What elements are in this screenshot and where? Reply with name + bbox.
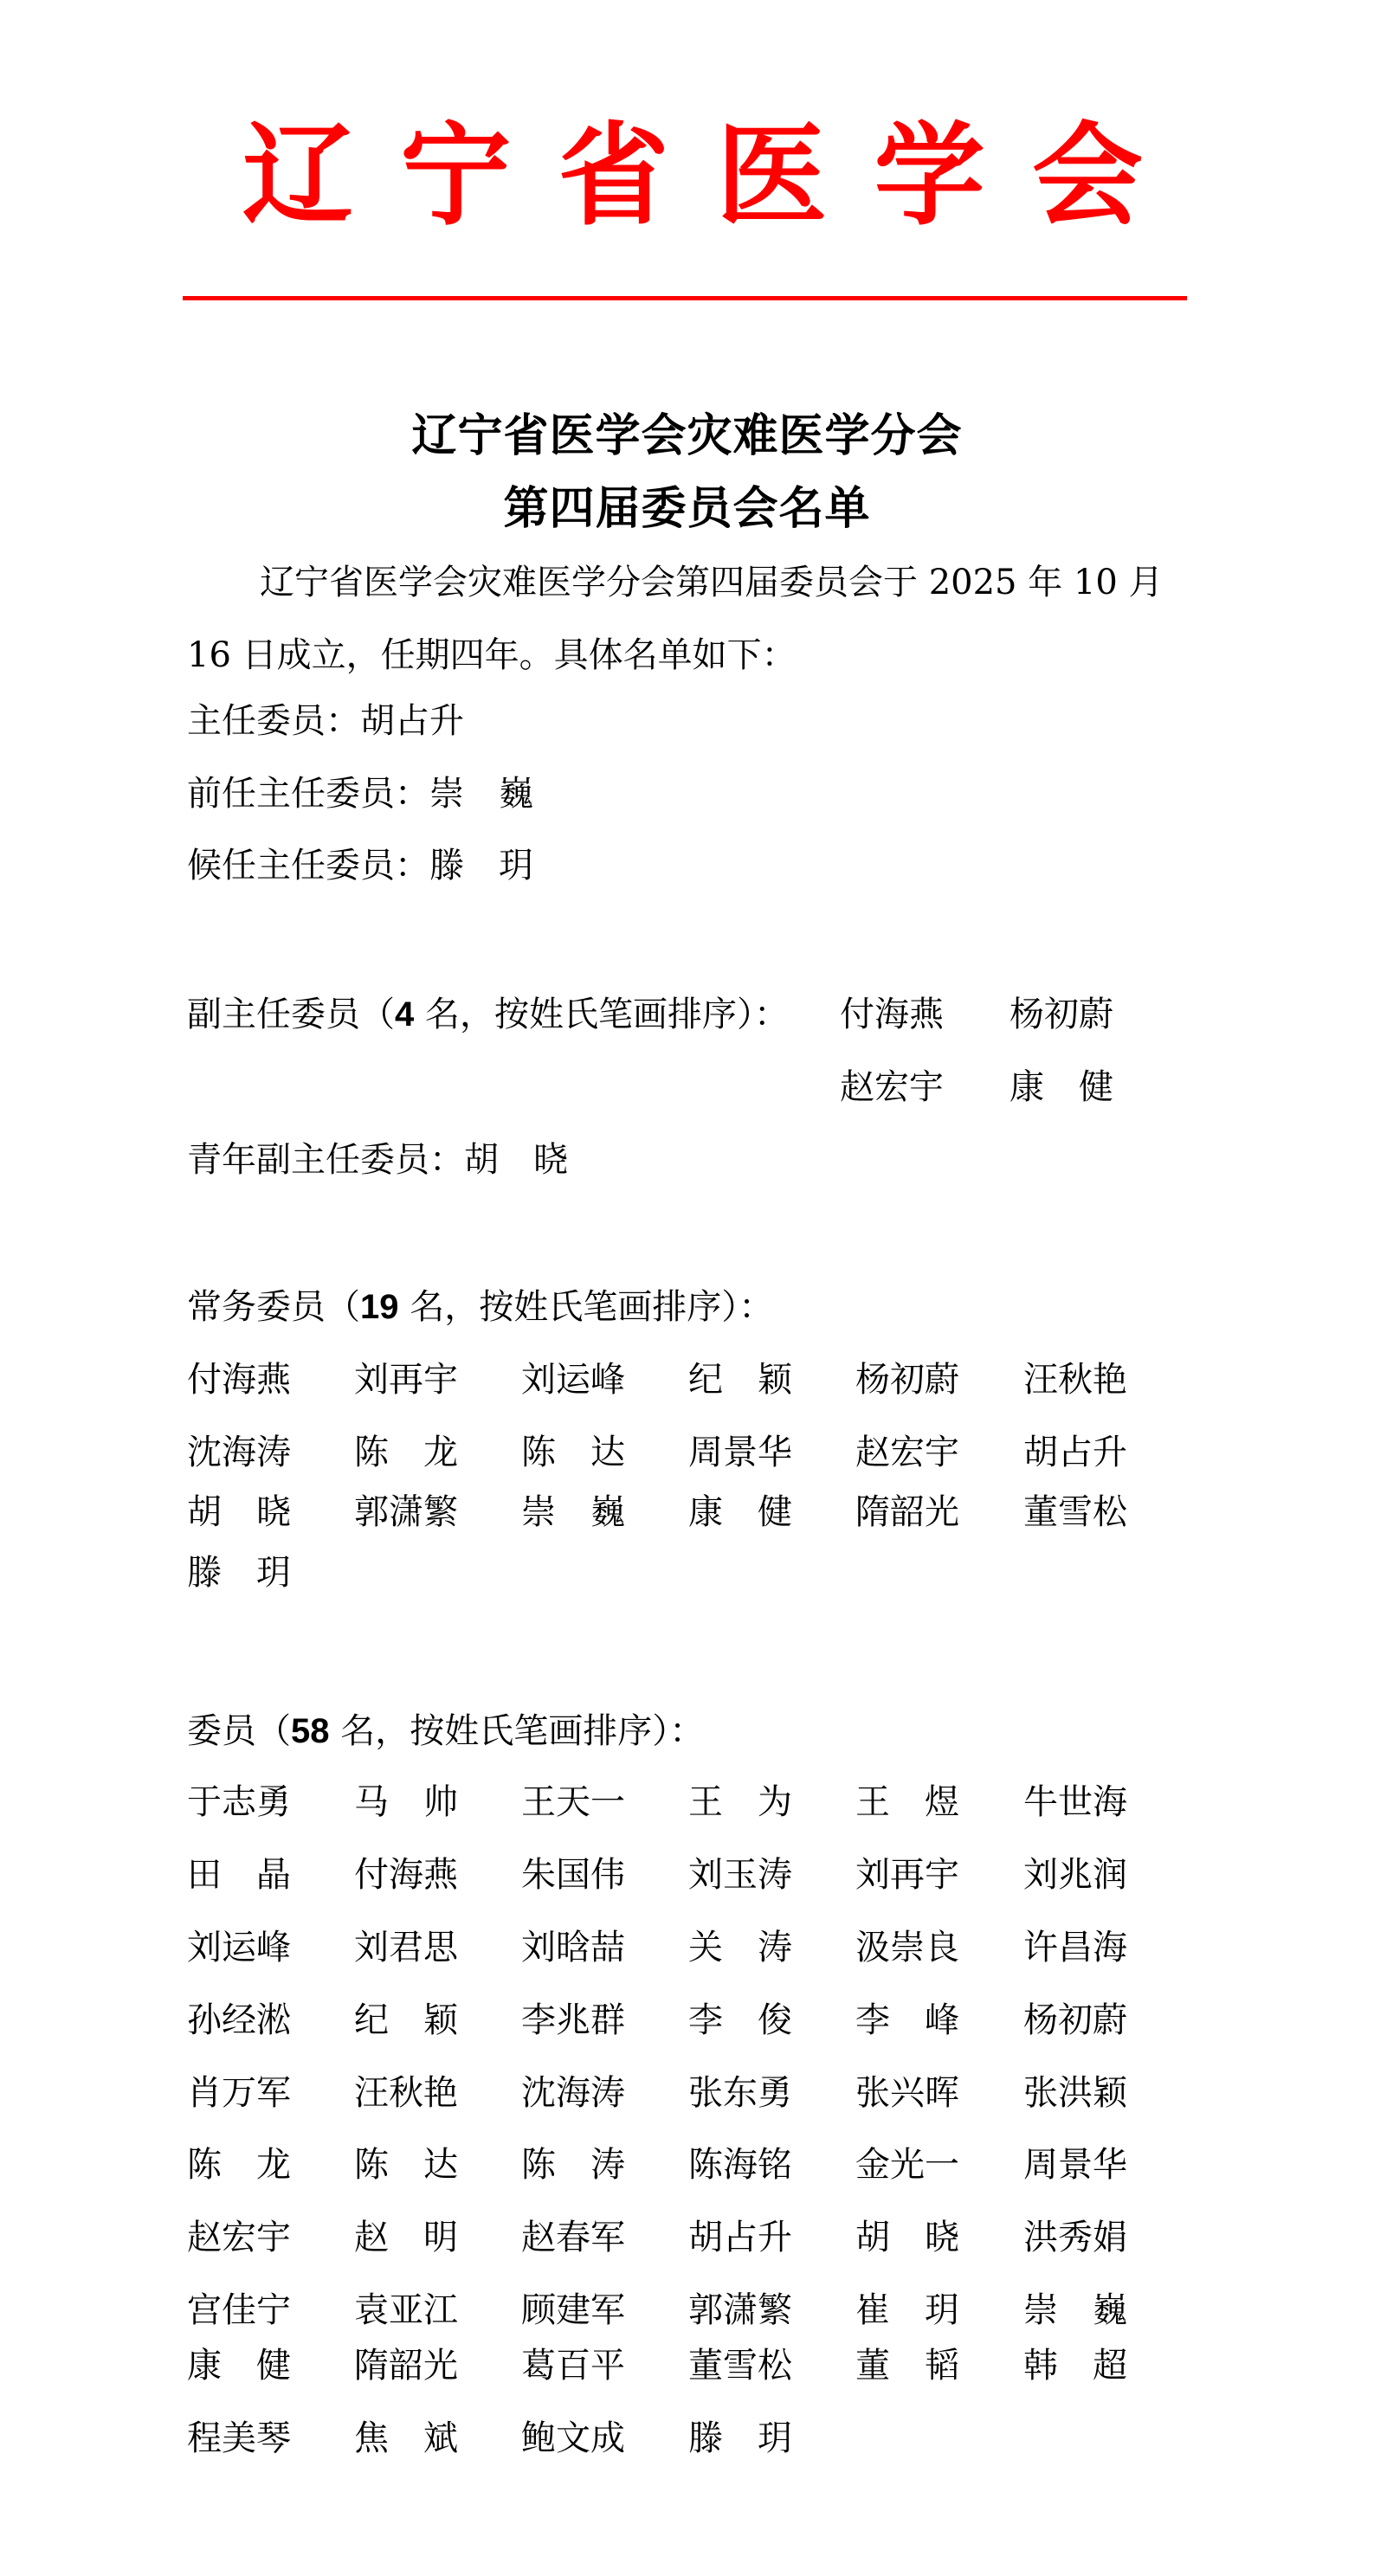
member-name: 董雪松 xyxy=(1023,1495,1127,1529)
member-name: 许昌海 xyxy=(1023,1930,1127,1965)
chair-elect-name: 滕 玥 xyxy=(429,846,533,885)
member-name: 焦 斌 xyxy=(354,2421,458,2456)
member-name: 张洪颖 xyxy=(1023,2076,1127,2110)
member-name: 韩 超 xyxy=(1023,2348,1127,2383)
member-name: 康 健 xyxy=(187,2348,291,2383)
member-name: 付海燕 xyxy=(187,1362,291,1397)
intro-line2: 16 日成立，任期四年。具体名单如下： xyxy=(187,638,797,673)
member-name: 王天一 xyxy=(521,1785,625,1819)
member-name: 陈 达 xyxy=(521,1435,625,1470)
member-name: 胡占升 xyxy=(1023,1435,1127,1470)
vice-chairs-count: 4 xyxy=(395,995,414,1034)
intro-line1: 辽宁省医学会灾难医学分会第四届委员会于 2025 年 10 月 xyxy=(260,565,1164,600)
member-name: 李 俊 xyxy=(688,2003,792,2038)
member-name: 滕 玥 xyxy=(187,1555,291,1590)
member-name: 王 煜 xyxy=(855,1785,959,1819)
standing-committee-label: 常务委员（ xyxy=(187,1287,360,1327)
standing-committee-count: 19 xyxy=(360,1288,399,1326)
member-name: 崇 巍 xyxy=(521,1495,625,1529)
vice-chair-name: 赵宏宇 xyxy=(840,1070,944,1104)
member-name: 隋韶光 xyxy=(855,1495,959,1529)
member-name: 陈 达 xyxy=(354,2148,458,2182)
member-name: 汲崇良 xyxy=(855,1930,959,1965)
member-name: 董 韬 xyxy=(855,2348,959,2383)
standing-committee-label-suffix: 名，按姓氏笔画排序）： xyxy=(399,1287,774,1327)
vice-chairs-label: 副主任委员（ xyxy=(187,995,395,1034)
member-name: 陈 龙 xyxy=(354,1435,458,1470)
youth-vice-chair-label: 青年副主任委员： xyxy=(187,1140,464,1180)
member-name: 周景华 xyxy=(1023,2148,1127,2182)
member-name: 杨初蔚 xyxy=(855,1362,959,1397)
member-name: 肖万军 xyxy=(187,2076,291,2110)
member-name: 付海燕 xyxy=(354,1858,458,1892)
member-name: 杨初蔚 xyxy=(1023,2003,1127,2038)
youth-vice-chair-name: 胡 晓 xyxy=(464,1140,568,1180)
member-name: 袁亚江 xyxy=(354,2293,458,2328)
chair-elect-label: 候任主任委员： xyxy=(187,846,429,885)
member-name: 刘运峰 xyxy=(187,1930,291,1965)
member-name: 鲍文成 xyxy=(521,2421,625,2456)
vice-chair-name: 付海燕 xyxy=(840,997,944,1032)
member-name: 李兆群 xyxy=(521,2003,625,2038)
chair-elect-entry: 候任主任委员：滕 玥 xyxy=(187,848,533,883)
member-name: 胡 晓 xyxy=(855,2220,959,2255)
member-name: 纪 颖 xyxy=(354,2003,458,2038)
member-name: 崇 巍 xyxy=(1023,2293,1127,2328)
member-name: 郭潇繁 xyxy=(354,1495,458,1529)
member-name: 刘兆润 xyxy=(1023,1858,1127,1892)
member-name: 董雪松 xyxy=(688,2348,792,2383)
member-name: 汪秋艳 xyxy=(1023,1362,1127,1397)
member-name: 关 涛 xyxy=(688,1930,792,1965)
document-title-line1: 辽宁省医学会灾难医学分会 xyxy=(0,414,1374,459)
member-name: 康 健 xyxy=(688,1495,792,1529)
member-name: 张东勇 xyxy=(688,2076,792,2110)
member-name: 刘君思 xyxy=(354,1930,458,1965)
member-name: 周景华 xyxy=(688,1435,792,1470)
member-name: 胡占升 xyxy=(688,2220,792,2255)
member-name: 朱国伟 xyxy=(521,1858,625,1892)
member-name: 金光一 xyxy=(855,2148,959,2182)
masthead-char: 医 xyxy=(716,120,827,231)
member-name: 刘运峰 xyxy=(521,1362,625,1397)
member-name: 赵宏宇 xyxy=(187,2220,291,2255)
member-name: 沈海涛 xyxy=(187,1435,291,1470)
member-name: 隋韶光 xyxy=(354,2348,458,2383)
chair-entry: 主任委员：胡占升 xyxy=(187,704,464,738)
member-name: 孙经淞 xyxy=(187,2003,291,2038)
member-name: 宫佳宁 xyxy=(187,2293,291,2328)
member-name: 刘再宇 xyxy=(855,1858,959,1892)
members-count: 58 xyxy=(291,1712,330,1750)
member-name: 张兴晖 xyxy=(855,2076,959,2110)
member-name: 陈 龙 xyxy=(187,2148,291,2182)
masthead: 辽 宁 省 医 学 会 xyxy=(242,102,1143,249)
vice-chair-name: 杨初蔚 xyxy=(1010,997,1113,1032)
member-name: 汪秋艳 xyxy=(354,2076,458,2110)
members-label: 委员（ xyxy=(187,1711,291,1751)
member-name: 纪 颖 xyxy=(688,1362,792,1397)
past-chair-name: 崇 巍 xyxy=(429,774,533,814)
member-name: 胡 晓 xyxy=(187,1495,291,1529)
chair-label: 主任委员： xyxy=(187,701,360,741)
member-name: 刘晗喆 xyxy=(521,1930,625,1965)
member-name: 洪秀娟 xyxy=(1023,2220,1127,2255)
member-name: 赵宏宇 xyxy=(855,1435,959,1470)
masthead-char: 宁 xyxy=(400,120,511,231)
vice-chairs-heading: 副主任委员（4 名，按姓氏笔画排序）： xyxy=(187,997,789,1032)
member-name: 顾建军 xyxy=(521,2293,625,2328)
member-name: 陈 涛 xyxy=(521,2148,625,2182)
members-heading: 委员（58 名，按姓氏笔画排序）： xyxy=(187,1714,704,1748)
member-name: 于志勇 xyxy=(187,1785,291,1819)
masthead-char: 辽 xyxy=(242,120,353,231)
member-name: 沈海涛 xyxy=(521,2076,625,2110)
masthead-char: 省 xyxy=(558,120,669,231)
member-name: 马 帅 xyxy=(354,1785,458,1819)
member-name: 田 晶 xyxy=(187,1858,291,1892)
member-name: 赵 明 xyxy=(354,2220,458,2255)
member-name: 郭潇繁 xyxy=(688,2293,792,2328)
member-name: 陈海铭 xyxy=(688,2148,792,2182)
past-chair-entry: 前任主任委员：崇 巍 xyxy=(187,776,533,811)
masthead-char: 会 xyxy=(1032,120,1143,231)
member-name: 李 峰 xyxy=(855,2003,959,2038)
member-name: 牛世海 xyxy=(1023,1785,1127,1819)
masthead-divider xyxy=(183,296,1187,300)
youth-vice-chair-entry: 青年副主任委员：胡 晓 xyxy=(187,1143,568,1177)
member-name: 王 为 xyxy=(688,1785,792,1819)
chair-name: 胡占升 xyxy=(360,701,464,741)
standing-committee-heading: 常务委员（19 名，按姓氏笔画排序）： xyxy=(187,1290,773,1324)
vice-chair-name: 康 健 xyxy=(1010,1070,1113,1104)
document-title-line2: 第四届委员会名单 xyxy=(0,486,1374,531)
member-name: 滕 玥 xyxy=(688,2421,792,2456)
members-label-suffix: 名，按姓氏笔画排序）： xyxy=(330,1711,705,1751)
member-name: 赵春军 xyxy=(521,2220,625,2255)
member-name: 崔 玥 xyxy=(855,2293,959,2328)
masthead-char: 学 xyxy=(874,120,985,231)
member-name: 葛百平 xyxy=(521,2348,625,2383)
member-name: 程美琴 xyxy=(187,2421,291,2456)
member-name: 刘再宇 xyxy=(354,1362,458,1397)
vice-chairs-label-suffix: 名，按姓氏笔画排序）： xyxy=(414,995,789,1034)
member-name: 刘玉涛 xyxy=(688,1858,792,1892)
past-chair-label: 前任主任委员： xyxy=(187,774,429,814)
